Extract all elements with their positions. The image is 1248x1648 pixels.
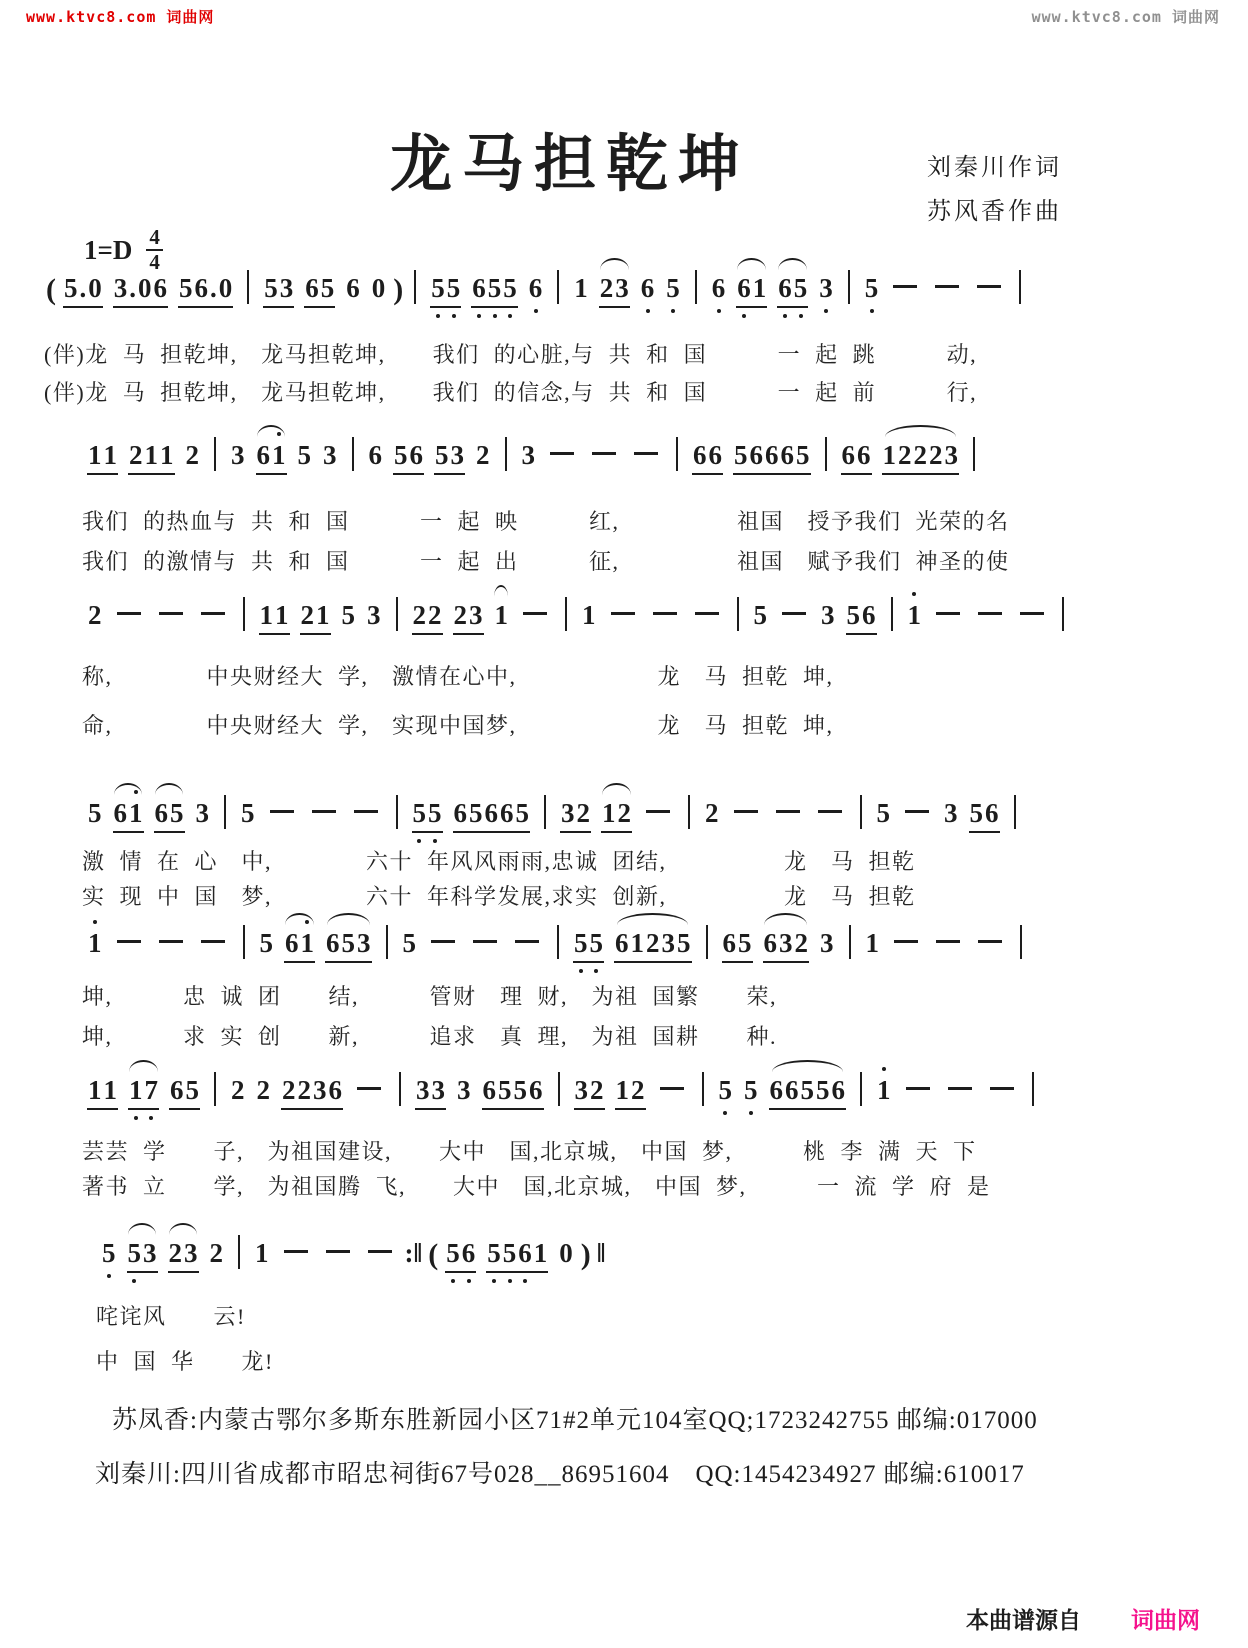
lyrics-line-5-2: 坤, 求 实 创 新, 追求 真 理, 为祖 国耕 种. xyxy=(82,1020,777,1051)
lyrics-line-3-1: 称, 中央财经大 学, 激情在心中, 龙 马 担乾 坤, xyxy=(82,660,834,691)
time-signature: 4 4 xyxy=(146,226,163,274)
key-label: 1=D xyxy=(84,235,132,266)
lyrics-line-1-1: (伴)龙 马 担乾坤, 龙马担乾坤, 我们 的心脏,与 共 和 国 一 起 跳 … xyxy=(44,338,977,369)
lyrics-line-2-2: 我们 的激情与 共 和 国 一 起 出 征, 祖国 赋予我们 神圣的使 xyxy=(82,545,1010,576)
notation-line-7: 5532321:‖(5655610)‖ xyxy=(96,1235,610,1273)
lyrics-line-4-2: 实 现 中 国 梦, 六十 年科学发展,求实 创新, 龙 马 担乾 xyxy=(82,880,916,911)
lyrics-line-6-2: 著书 立 学, 为祖国腾 飞, 大中 国,北京城, 中国 梦, 一 流 学 府 … xyxy=(82,1170,991,1201)
notation-line-6: 1117652222363336556321255665561 xyxy=(82,1072,1043,1110)
notation-line-1: (5.03.0656.0536560)556556123656616535 xyxy=(44,270,1030,308)
notation-line-5: 1561653555612356563231 xyxy=(82,925,1031,963)
notation-line-3: 211215322231153561 xyxy=(82,597,1073,635)
notation-line-4: 56165355565665321225356 xyxy=(82,795,1025,833)
lyricist-credit: 刘秦川作词 xyxy=(927,146,1062,190)
lyrics-line-1-2: (伴)龙 马 担乾坤, 龙马担乾坤, 我们 的信念,与 共 和 国 一 起 前 … xyxy=(44,376,977,407)
time-signature-upper: 4 xyxy=(146,226,163,251)
key-signature: 1=D 4 4 xyxy=(84,226,163,274)
lyrics-line-3-2: 命, 中央财经大 学, 实现中国梦, 龙 马 担乾 坤, xyxy=(82,709,834,740)
source-site-name: 词曲网 xyxy=(1131,1608,1200,1634)
credits: 刘秦川作词 苏风香作曲 xyxy=(927,146,1062,234)
composer-contact-line: 苏凤香:内蒙古鄂尔多斯东胜新园小区71#2单元104室QQ;1723242755… xyxy=(112,1400,1038,1436)
lyricist-contact-line: 刘秦川:四川省成都市昭忠祠街67号028__86951604 QQ:145423… xyxy=(95,1454,1025,1490)
lyrics-line-7-2: 中 国 华 龙! xyxy=(96,1345,274,1376)
watermark-top-left: www.ktvc8.com 词曲网 xyxy=(26,6,214,27)
watermark-top-right: www.ktvc8.com 词曲网 xyxy=(1032,6,1220,27)
lyrics-line-5-1: 坤, 忠 诚 团 结, 管财 理 财, 为祖 国繁 荣, xyxy=(82,980,777,1011)
source-prefix: 本曲谱源自 xyxy=(966,1608,1081,1634)
lyrics-line-7-1: 咤诧风 云! xyxy=(96,1300,246,1331)
composer-credit: 苏风香作曲 xyxy=(927,190,1062,234)
source-attribution: 本曲谱源自 词曲网 xyxy=(966,1602,1200,1635)
lyrics-line-4-1: 激 情 在 心 中, 六十 年风风雨雨,忠诚 团结, 龙 马 担乾 xyxy=(82,845,916,876)
notation-line-2: 11211236153656532366566656612223 xyxy=(82,437,984,475)
lyrics-line-2-1: 我们 的热血与 共 和 国 一 起 映 红, 祖国 授予我们 光荣的名 xyxy=(82,505,1010,536)
song-title: 龙马担乾坤 xyxy=(390,114,750,203)
lyrics-line-6-1: 芸芸 学 子, 为祖国建设, 大中 国,北京城, 中国 梦, 桃 李 满 天 下 xyxy=(82,1135,977,1166)
